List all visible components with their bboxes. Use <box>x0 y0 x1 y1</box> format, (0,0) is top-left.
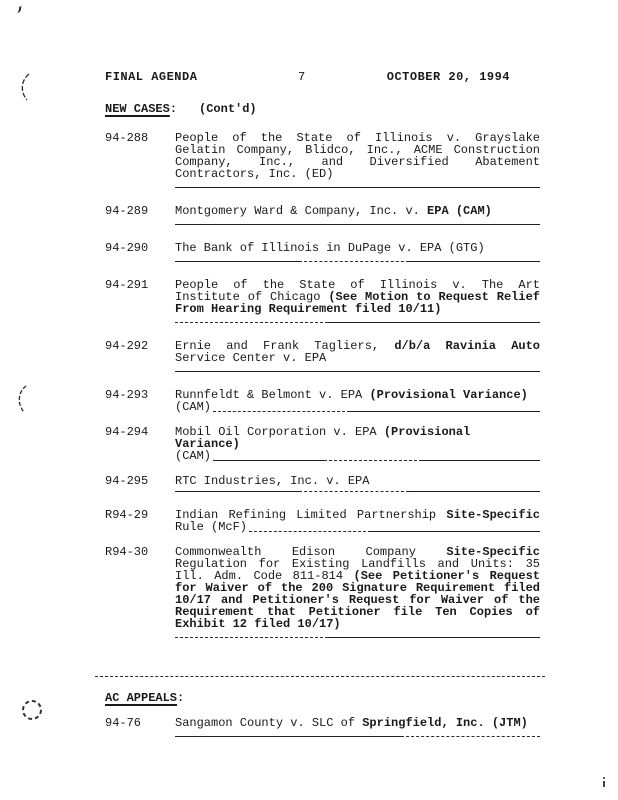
case-text-bold: (Provisional Variance) <box>369 388 527 402</box>
section-heading: NEW CASES:(Cont'd) <box>105 103 540 115</box>
case-text-line: From Hearing Requirement filed 10/11) <box>175 303 540 315</box>
divider-segment <box>175 223 540 225</box>
scan-artifact-corner <box>603 781 605 787</box>
case-text-line: Runnfeldt & Belmont v. EPA (Provisional … <box>175 389 540 401</box>
case-text-line: Rule (McF) <box>175 521 540 533</box>
case-number: 94-76 <box>105 717 175 754</box>
divider-line <box>175 260 540 262</box>
divider-segment <box>213 458 324 461</box>
scan-artifact-paren-middle <box>15 385 29 413</box>
case-number: 94-293 <box>105 389 175 413</box>
divider-line <box>175 223 540 225</box>
case-text: Indian Refining Limited Partnership Site… <box>175 509 540 533</box>
case-row: 94-290The Bank of Illinois in DuPage v. … <box>105 242 540 279</box>
case-number: R94-29 <box>105 509 175 533</box>
case-number: 94-292 <box>105 340 175 389</box>
case-number: 94-288 <box>105 132 175 205</box>
case-text: Sangamon County v. SLC of Springfield, I… <box>175 717 540 754</box>
divider-segment <box>175 636 328 638</box>
case-text-line: Service Center v. EPA <box>175 352 540 364</box>
case-text-segment: (CAM) <box>175 401 211 413</box>
case-number: 94-290 <box>105 242 175 279</box>
case-number: 94-289 <box>105 205 175 242</box>
divider-segment <box>328 321 540 323</box>
case-text-line: Mobil Oil Corporation v. EPA (Provisiona… <box>175 426 540 450</box>
case-text: The Bank of Illinois in DuPage v. EPA (G… <box>175 242 540 279</box>
case-text-segment: (CAM) <box>175 450 211 462</box>
divider-segment <box>95 675 545 677</box>
divider-segment <box>175 370 540 372</box>
divider-segment <box>213 409 350 412</box>
case-list: NEW CASES:(Cont'd)94-288People of the St… <box>105 103 540 754</box>
divider-segment <box>324 458 422 461</box>
case-row: 94-289Montgomery Ward & Company, Inc. v.… <box>105 205 540 242</box>
divider-segment <box>175 490 299 492</box>
case-text-segment: Rule (McF) <box>175 521 247 533</box>
case-text-bold: EPA (CAM) <box>427 204 492 218</box>
divider-segment <box>175 321 328 323</box>
page-number: 7 <box>298 71 305 83</box>
case-text-segment: Service Center v. EPA <box>175 351 326 365</box>
case-text-segment: Contractors, Inc. (ED) <box>175 167 333 181</box>
divider-line <box>175 321 540 323</box>
case-text-bold: d/b/a Ravinia Auto <box>394 339 540 353</box>
scanned-agenda-page: FINAL AGENDA 7 OCTOBER 20, 1994 NEW CASE… <box>0 0 618 800</box>
divider-segment <box>175 186 540 188</box>
section-heading: AC APPEALS: <box>105 692 540 704</box>
divider-segment <box>350 409 540 412</box>
case-text: Ernie and Frank Tagliers, d/b/a Ravinia … <box>175 340 540 389</box>
case-row: 94-295RTC Industries, Inc. v. EPA <box>105 475 540 509</box>
case-text-bold: Springfield, Inc. (JTM) <box>362 716 528 730</box>
document-title: FINAL AGENDA <box>105 71 197 83</box>
case-row: R94-30Commonwealth Edison Company Site-S… <box>105 546 540 655</box>
case-text-line: Exhibit 12 filed 10/17) <box>175 618 540 630</box>
case-text: People of the State of Illinois v. Grays… <box>175 132 540 205</box>
section-heading-colon: : <box>177 691 184 705</box>
inline-divider-line <box>249 529 540 532</box>
divider-segment <box>409 260 540 262</box>
divider-segment <box>371 529 540 532</box>
page-header: FINAL AGENDA 7 OCTOBER 20, 1994 <box>105 71 540 85</box>
section-heading-colon: : <box>170 102 177 116</box>
case-text-segment: The Bank of Illinois in DuPage v. EPA (G… <box>175 241 485 255</box>
case-row: R94-29Indian Refining Limited Partnershi… <box>105 509 540 533</box>
divider-segment <box>249 529 371 532</box>
case-text-line: Sangamon County v. SLC of Springfield, I… <box>175 717 540 729</box>
case-row: 94-292Ernie and Frank Tagliers, d/b/a Ra… <box>105 340 540 389</box>
case-text-line: (CAM) <box>175 450 540 462</box>
divider-segment <box>422 458 540 461</box>
divider-segment <box>328 636 540 638</box>
divider-segment <box>401 735 540 737</box>
divider-segment <box>175 735 401 737</box>
inline-divider-line <box>213 458 540 461</box>
case-text-bold: From Hearing Requirement filed 10/11) <box>175 302 441 316</box>
section-heading-contd: (Cont'd) <box>199 102 257 116</box>
case-number: R94-30 <box>105 546 175 655</box>
document-date: OCTOBER 20, 1994 <box>387 71 510 83</box>
section-separator-line <box>95 675 545 677</box>
divider-segment <box>409 490 540 492</box>
inline-divider-line <box>213 409 540 412</box>
case-text: Mobil Oil Corporation v. EPA (Provisiona… <box>175 426 540 462</box>
case-text-segment: Montgomery Ward & Company, Inc. v. <box>175 204 427 218</box>
scan-artifact-mark <box>15 6 21 14</box>
divider-line <box>175 370 540 372</box>
case-text-line: The Bank of Illinois in DuPage v. EPA (G… <box>175 242 540 254</box>
case-number: 94-294 <box>105 426 175 462</box>
divider-line <box>175 735 540 737</box>
case-text: Montgomery Ward & Company, Inc. v. EPA (… <box>175 205 540 242</box>
case-text: Commonwealth Edison Company Site-Specifi… <box>175 546 540 655</box>
divider-line <box>175 636 540 638</box>
case-text-bold: Exhibit 12 filed 10/17) <box>175 617 341 631</box>
case-row: 94-294Mobil Oil Corporation v. EPA (Prov… <box>105 426 540 462</box>
case-text-line: Montgomery Ward & Company, Inc. v. EPA (… <box>175 205 540 217</box>
case-text-line: (CAM) <box>175 401 540 413</box>
case-row: 94-288People of the State of Illinois v.… <box>105 132 540 205</box>
case-text-line: Contractors, Inc. (ED) <box>175 168 540 180</box>
section-heading-label: NEW CASES <box>105 102 170 116</box>
case-number: 94-291 <box>105 279 175 340</box>
scan-artifact-smudge <box>19 697 47 725</box>
case-text-segment: RTC Industries, Inc. v. EPA <box>175 474 369 488</box>
case-text: RTC Industries, Inc. v. EPA <box>175 475 540 509</box>
section-heading-label: AC APPEALS <box>105 691 177 705</box>
scan-artifact-paren-top <box>18 73 32 101</box>
divider-segment <box>299 490 409 492</box>
case-text-line: RTC Industries, Inc. v. EPA <box>175 475 540 487</box>
case-row: 94-293Runnfeldt & Belmont v. EPA (Provis… <box>105 389 540 413</box>
divider-line <box>175 490 540 492</box>
divider-line <box>175 186 540 188</box>
case-text-bold: Site-Specific <box>446 508 540 522</box>
case-text-segment: Sangamon County v. SLC of <box>175 716 362 730</box>
case-row: 94-291People of the State of Illinois v.… <box>105 279 540 340</box>
divider-segment <box>299 260 409 262</box>
case-row: 94-76Sangamon County v. SLC of Springfie… <box>105 717 540 754</box>
case-number: 94-295 <box>105 475 175 509</box>
case-text: Runnfeldt & Belmont v. EPA (Provisional … <box>175 389 540 413</box>
case-text: People of the State of Illinois v. The A… <box>175 279 540 340</box>
divider-segment <box>175 260 299 262</box>
